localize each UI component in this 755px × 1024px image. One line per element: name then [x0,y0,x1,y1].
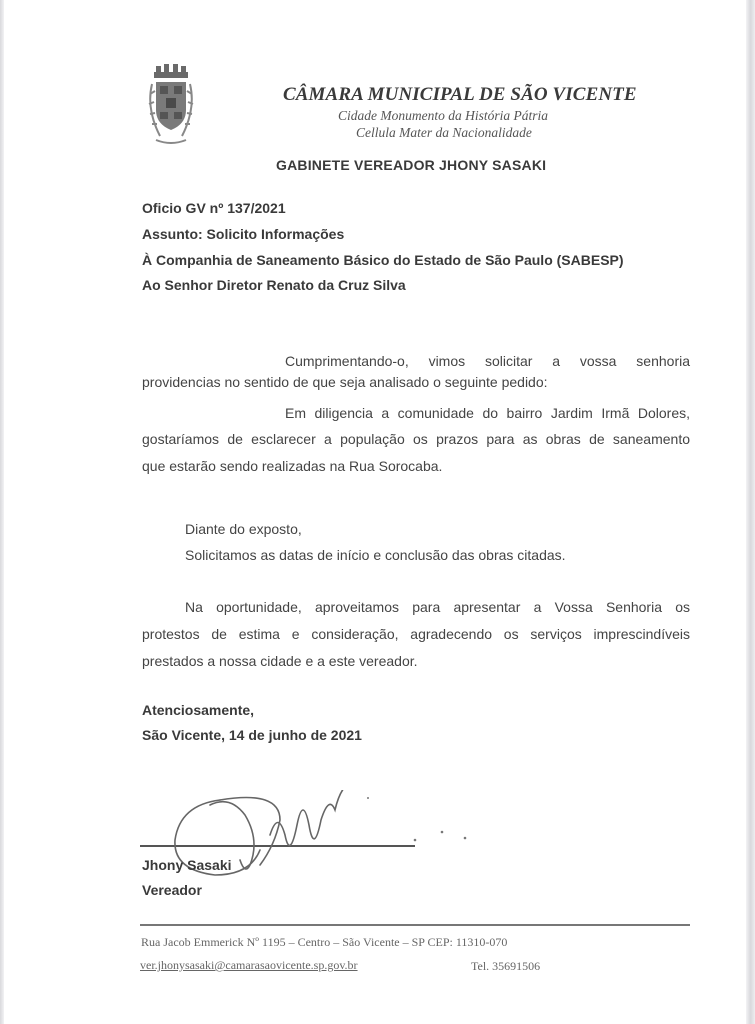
coat-of-arms-icon [146,60,196,150]
paragraph-2-line-3: que estarão sendo realizadas na Rua Soro… [142,458,442,474]
letter-subject: Assunto: Solicito Informações [142,226,344,242]
place-and-date: São Vicente, 14 de junho de 2021 [142,727,362,743]
recipient-organization: À Companhia de Saneamento Básico do Esta… [142,252,624,268]
paragraph-4-line-2: protestos de estima e consideração, agra… [142,621,690,647]
institution-title: CÂMARA MUNICIPAL DE SÃO VICENTE [283,84,637,106]
paragraph-1-line-1: Cumprimentando-o, vimos solicitar a voss… [285,348,690,374]
paragraph-3-line-2: Solicitamos as datas de início e conclus… [185,547,566,563]
footer-divider [140,924,690,926]
paragraph-4-line-1: Na oportunidade, aproveitamos para apres… [185,594,690,620]
footer-phone: Tel. 35691506 [471,959,540,974]
letter-reference: Oficio GV nº 137/2021 [142,200,286,216]
closing-salutation: Atenciosamente, [142,702,254,718]
footer-address: Rua Jacob Emmerick Nº 1195 – Centro – Sã… [141,935,507,950]
paragraph-2-line-2: gostaríamos de esclarecer a população os… [142,426,690,452]
office-heading: GABINETE VEREADOR JHONY SASAKI [276,157,546,173]
signer-title: Vereador [142,882,202,898]
paragraph-1-line-2: providencias no sentido de que seja anal… [142,374,548,390]
recipient-person: Ao Senhor Diretor Renato da Cruz Silva [142,277,406,293]
institution-motto-2: Cellula Mater da Nacionalidade [356,125,532,141]
page-edge-right [746,0,755,1024]
footer-email-link[interactable]: ver.jhonysasaki@camarasaovicente.sp.gov.… [140,958,358,973]
institution-motto-1: Cidade Monumento da História Pátria [338,108,548,124]
paragraph-3-line-1: Diante do exposto, [185,521,302,537]
signer-name: Jhony Sasaki [142,857,232,873]
paragraph-2-line-1: Em diligencia a comunidade do bairro Jar… [285,400,690,426]
paragraph-4-line-3: prestados a nossa cidade e a este veread… [142,653,418,669]
